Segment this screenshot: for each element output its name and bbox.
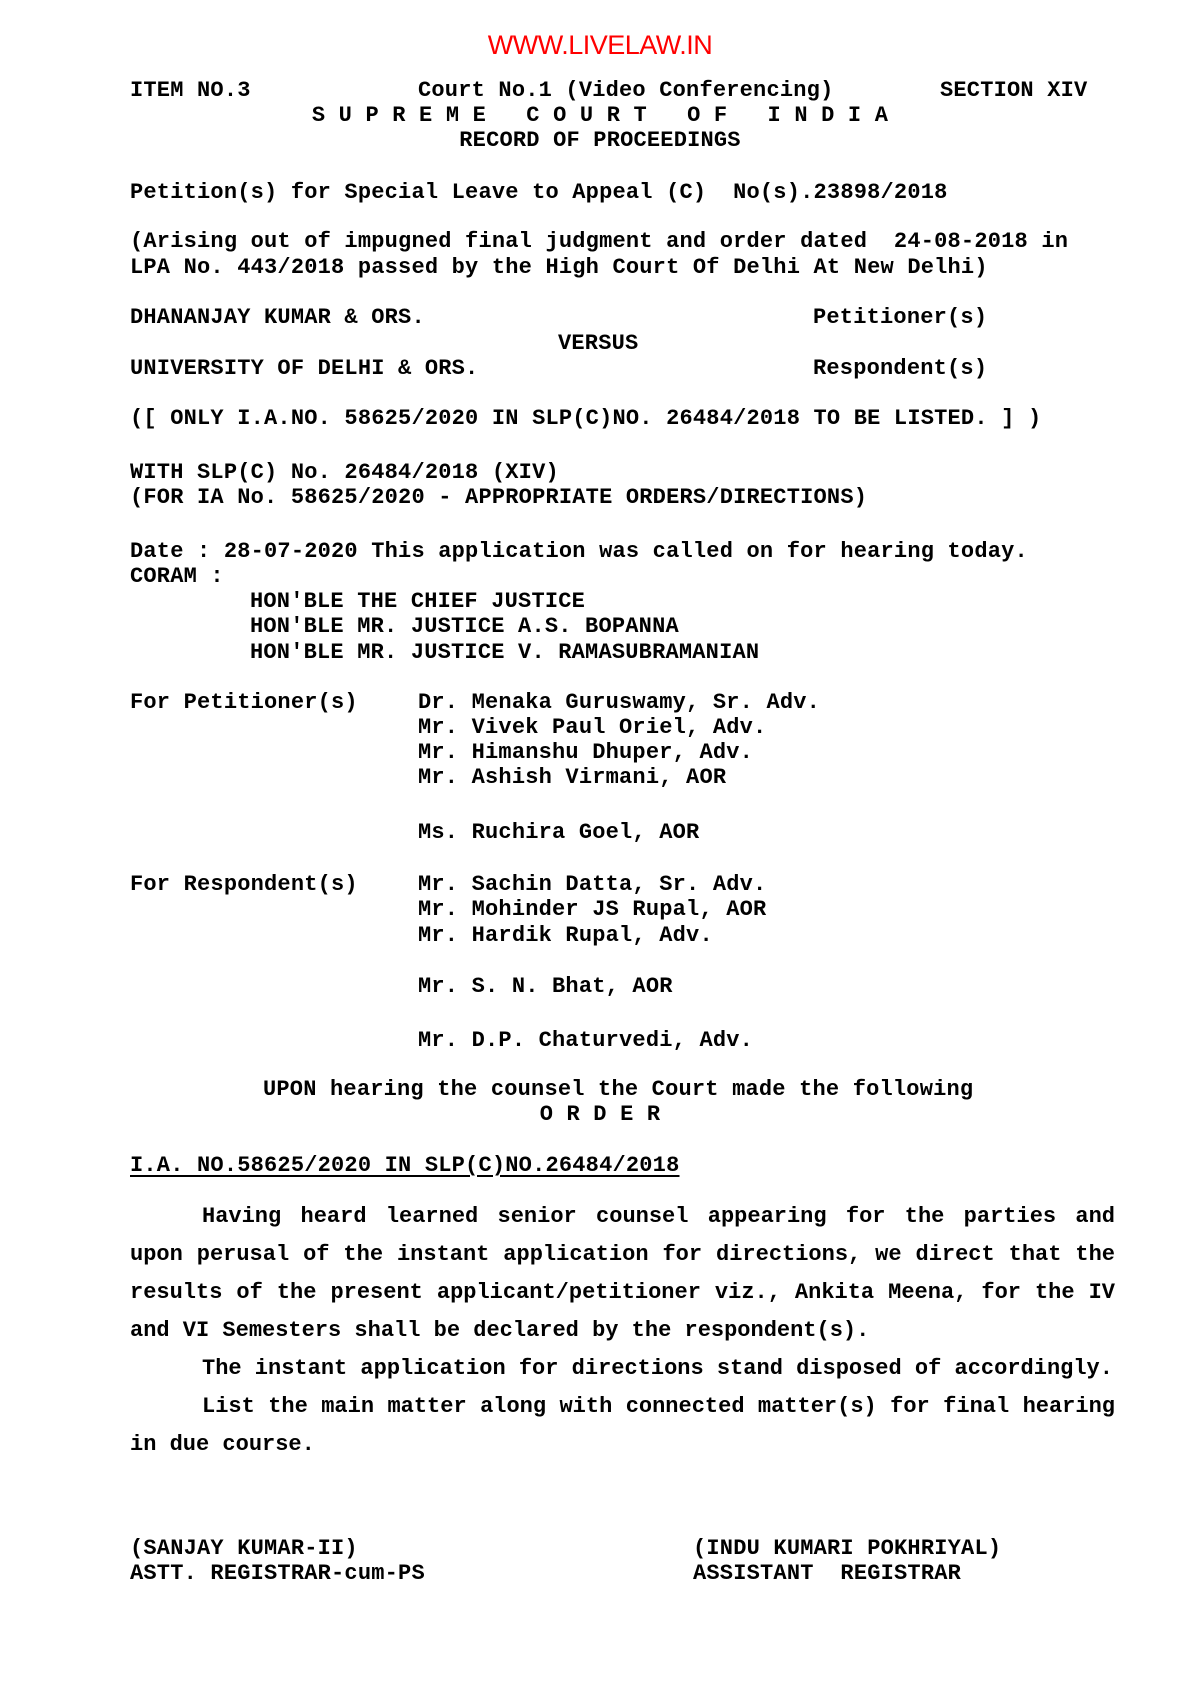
judge-3: HON'BLE MR. JUSTICE V. RAMASUBRAMANIAN [250, 640, 759, 666]
order-body: Having heard learned senior counsel appe… [130, 1198, 1115, 1464]
petitioner-counsel-4: Mr. Ashish Virmani, AOR [418, 765, 726, 791]
left-signatory-name: (SANJAY KUMAR-II) [130, 1536, 358, 1562]
left-signatory-title: ASTT. REGISTRAR-cum-PS [130, 1561, 425, 1587]
right-signatory-name: (INDU KUMARI POKHRIYAL) [693, 1536, 1001, 1562]
respondent-counsel-3: Mr. Hardik Rupal, Adv. [418, 923, 713, 949]
petitioner-name: DHANANJAY KUMAR & ORS. [130, 305, 425, 331]
watermark: WWW.LIVELAW.IN [0, 30, 1200, 61]
for-ia-line: (FOR IA No. 58625/2020 - APPROPRIATE ORD… [130, 485, 867, 511]
petitioner-counsel-3: Mr. Himanshu Dhuper, Adv. [418, 740, 753, 766]
section-label: SECTION XIV [940, 78, 1087, 104]
coram-label: CORAM : [130, 564, 224, 590]
respondent-counsel-4: Mr. S. N. Bhat, AOR [418, 974, 673, 1000]
with-line: WITH SLP(C) No. 26484/2018 (XIV) [130, 460, 559, 486]
petitioner-counsel-2: Mr. Vivek Paul Oriel, Adv. [418, 715, 766, 741]
respondent-name: UNIVERSITY OF DELHI & ORS. [130, 356, 478, 382]
petitioner-counsel-label: For Petitioner(s) [130, 690, 358, 716]
order-paragraph-3: List the main matter along with connecte… [130, 1388, 1115, 1464]
petition-line: Petition(s) for Special Leave to Appeal … [130, 180, 948, 206]
right-signatory-title: ASSISTANT REGISTRAR [693, 1561, 961, 1587]
respondent-counsel-1: Mr. Sachin Datta, Sr. Adv. [418, 872, 766, 898]
respondent-counsel-label: For Respondent(s) [130, 872, 358, 898]
date-line: Date : 28-07-2020 This application was c… [130, 539, 1028, 565]
record-title: RECORD OF PROCEEDINGS [0, 128, 1200, 154]
petitioner-counsel-1: Dr. Menaka Guruswamy, Sr. Adv. [418, 690, 820, 716]
arising-line-1: (Arising out of impugned final judgment … [130, 229, 1068, 255]
court-number: Court No.1 (Video Conferencing) [418, 78, 833, 104]
upon-hearing-line: UPON hearing the counsel the Court made … [263, 1077, 973, 1103]
listing-note: ([ ONLY I.A.NO. 58625/2020 IN SLP(C)NO. … [130, 406, 1041, 432]
court-name: S U P R E M E C O U R T O F I N D I A [0, 103, 1200, 129]
judge-1: HON'BLE THE CHIEF JUSTICE [250, 589, 585, 615]
order-paragraph-2: The instant application for directions s… [130, 1350, 1115, 1388]
arising-line-2: LPA No. 443/2018 passed by the High Cour… [130, 255, 988, 281]
respondent-label: Respondent(s) [813, 356, 987, 382]
item-number: ITEM NO.3 [130, 78, 251, 104]
respondent-counsel-5: Mr. D.P. Chaturvedi, Adv. [418, 1028, 753, 1054]
petitioner-counsel-5: Ms. Ruchira Goel, AOR [418, 820, 699, 846]
ia-heading: I.A. NO.58625/2020 IN SLP(C)NO.26484/201… [130, 1153, 680, 1179]
order-title: O R D E R [0, 1102, 1200, 1128]
order-paragraph-1: Having heard learned senior counsel appe… [130, 1198, 1115, 1350]
judge-2: HON'BLE MR. JUSTICE A.S. BOPANNA [250, 614, 679, 640]
petitioner-label: Petitioner(s) [813, 305, 987, 331]
versus-label: VERSUS [558, 331, 638, 357]
respondent-counsel-2: Mr. Mohinder JS Rupal, AOR [418, 897, 766, 923]
